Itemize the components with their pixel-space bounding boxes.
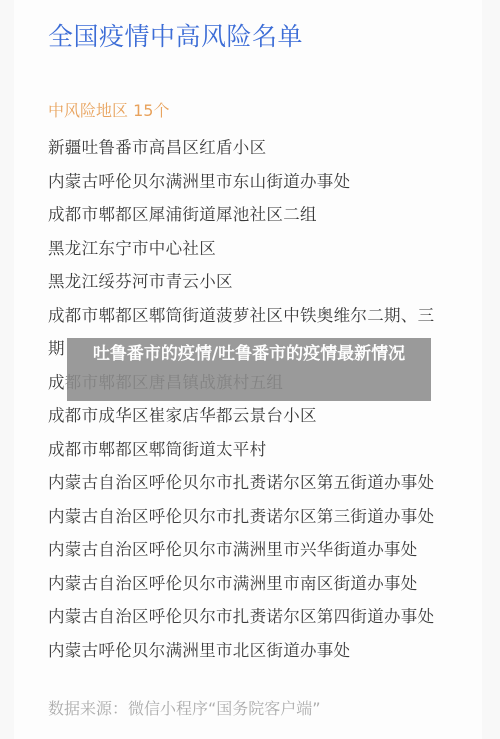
list-item: 新疆吐鲁番市高昌区红盾小区 [48, 131, 434, 165]
caption-overlay: 吐鲁番市的疫情/吐鲁番市的疫情最新情况 [67, 338, 431, 401]
list-item: 内蒙古自治区呼伦贝尔市扎赉诺尔区第四街道办事处 [48, 600, 434, 634]
list-item: 内蒙古自治区呼伦贝尔市满洲里市兴华街道办事处 [48, 533, 434, 567]
list-item: 黑龙江绥芬河市青云小区 [48, 265, 434, 299]
list-item: 成都市郫都区郫筒街道菠萝社区中铁奥维尔二期、三 [48, 299, 434, 333]
page-title: 全国疫情中高风险名单 [48, 20, 303, 54]
list-item: 成都市成华区崔家店华都云景台小区 [48, 399, 434, 433]
data-source-note: 数据来源：微信小程序“国务院客户端” [48, 697, 321, 721]
caption-text: 吐鲁番市的疫情/吐鲁番市的疫情最新情况 [93, 344, 405, 364]
list-item: 成都市郫都区郫筒街道太平村 [48, 433, 434, 467]
list-item: 内蒙古自治区呼伦贝尔市扎赉诺尔区第三街道办事处 [48, 500, 434, 534]
list-item: 内蒙古呼伦贝尔满洲里市东山街道办事处 [48, 165, 434, 199]
section-heading-medium-risk: 中风险地区 15个 [48, 99, 169, 123]
list-item: 成都市郫都区犀浦街道犀池社区二组 [48, 198, 434, 232]
list-item: 内蒙古呼伦贝尔满洲里市北区街道办事处 [48, 634, 434, 668]
list-item: 内蒙古自治区呼伦贝尔市扎赉诺尔区第五街道办事处 [48, 466, 434, 500]
list-item: 内蒙古自治区呼伦贝尔市满洲里市南区街道办事处 [48, 567, 434, 601]
list-item: 黑龙江东宁市中心社区 [48, 232, 434, 266]
page: 全国疫情中高风险名单 中风险地区 15个 新疆吐鲁番市高昌区红盾小区 内蒙古呼伦… [0, 0, 500, 739]
